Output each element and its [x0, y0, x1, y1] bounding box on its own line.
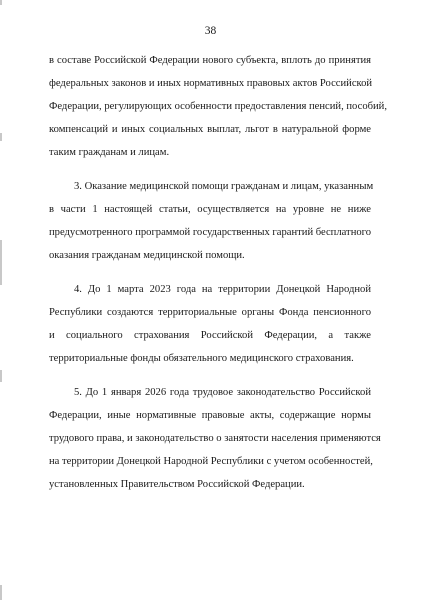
- paragraph-item-5: 5. До 1 января 2026 года трудовое законо…: [49, 381, 371, 496]
- text-line: установленных Правительством Российской …: [49, 473, 371, 496]
- scan-edge-mark: [0, 240, 2, 285]
- text-line: в части 1 настоящей статьи, осуществляет…: [49, 198, 371, 221]
- document-body: в составе Российской Федерации нового су…: [49, 49, 371, 496]
- paragraph-item-3: 3. Оказание медицинской помощи гражданам…: [49, 175, 371, 267]
- text-line: в составе Российской Федерации нового су…: [49, 49, 371, 72]
- text-line: оказания гражданам медицинской помощи.: [49, 244, 371, 267]
- text-line: Федерации, иные нормативные правовые акт…: [49, 404, 371, 427]
- scan-edge-mark: [0, 0, 2, 5]
- text-line: трудового права, и законодательство о за…: [49, 427, 371, 450]
- text-line: Республики создаются территориальные орг…: [49, 301, 371, 324]
- page-number: 38: [0, 24, 421, 38]
- text-line: 5. До 1 января 2026 года трудовое законо…: [49, 381, 371, 404]
- text-line: территориальные фонды обязательного меди…: [49, 347, 371, 370]
- text-line: Федерации, регулирующих особенности пред…: [49, 95, 371, 118]
- text-line: и социального страхования Российской Фед…: [49, 324, 371, 347]
- text-line: 3. Оказание медицинской помощи гражданам…: [49, 175, 371, 198]
- text-line: таким гражданам и лицам.: [49, 141, 371, 164]
- text-line: на территории Донецкой Народной Республи…: [49, 450, 371, 473]
- scan-edge-mark: [0, 133, 2, 141]
- text-line: предусмотренного программой государствен…: [49, 221, 371, 244]
- scan-edge-mark: [0, 370, 2, 382]
- paragraph-item-4: 4. До 1 марта 2023 года на территории До…: [49, 278, 371, 370]
- scan-edge-mark: [0, 585, 2, 600]
- text-line: федеральных законов и иных нормативных п…: [49, 72, 371, 95]
- text-line: компенсаций и иных социальных выплат, ль…: [49, 118, 371, 141]
- paragraph-continuation: в составе Российской Федерации нового су…: [49, 49, 371, 164]
- text-line: 4. До 1 марта 2023 года на территории До…: [49, 278, 371, 301]
